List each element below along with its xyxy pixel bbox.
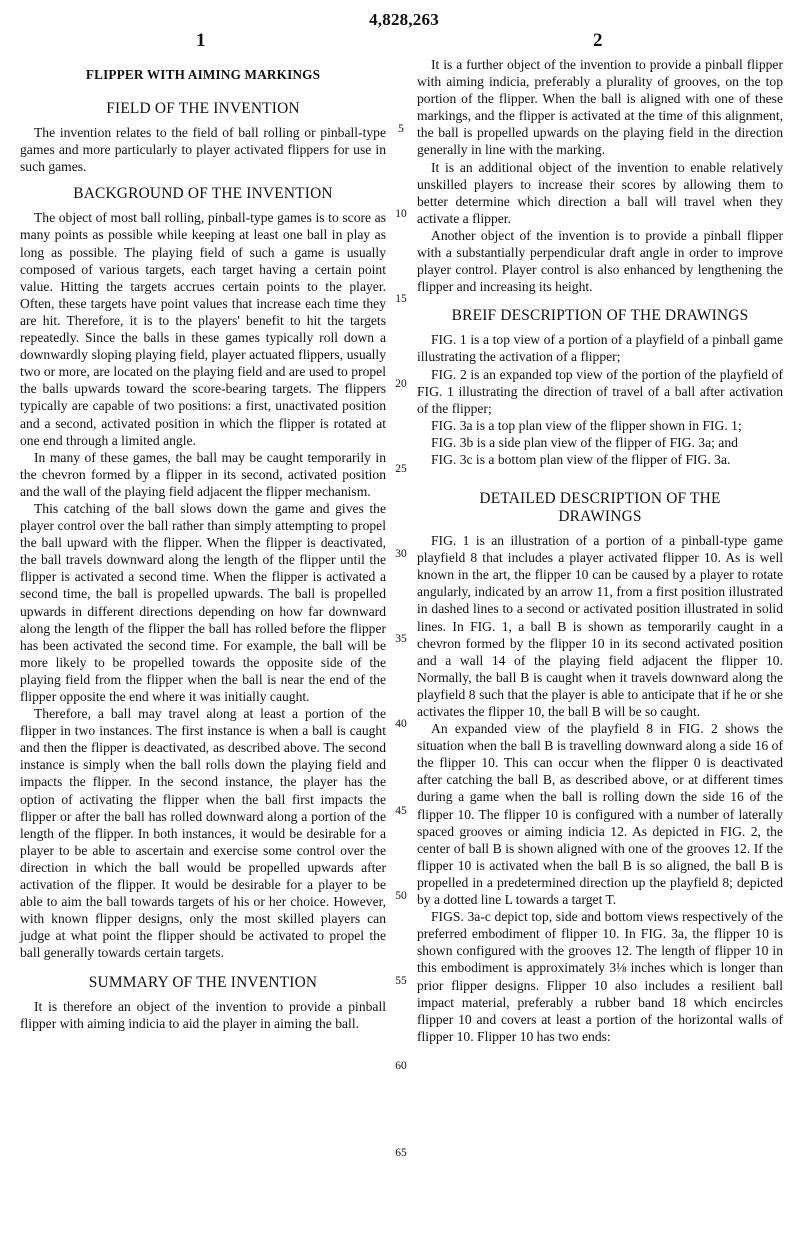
patent-number: 4,828,263 — [0, 10, 808, 30]
paragraph: FIGS. 3a-c depict top, side and bottom v… — [417, 908, 783, 1045]
paragraph: It is a further object of the invention … — [417, 56, 783, 159]
line-number: 55 — [386, 975, 416, 987]
paragraph: Therefore, a ball may travel along at le… — [20, 705, 386, 961]
line-number: 40 — [386, 718, 416, 730]
document-title: FLIPPER WITH AIMING MARKINGS — [20, 66, 386, 83]
line-number: 45 — [386, 805, 416, 817]
paragraph: It is therefore an object of the inventi… — [20, 998, 386, 1032]
paragraph: FIG. 1 is an illustration of a portion o… — [417, 532, 783, 720]
paragraph: Another object of the invention is to pr… — [417, 227, 783, 295]
column-number-right: 2 — [593, 30, 603, 52]
section-heading-summary: SUMMARY OF THE INVENTION — [20, 974, 386, 992]
line-number: 20 — [386, 378, 416, 390]
paragraph: FIG. 1 is a top view of a portion of a p… — [417, 331, 783, 365]
line-number: 30 — [386, 548, 416, 560]
paragraph: The object of most ball rolling, pinball… — [20, 209, 386, 448]
paragraph: FIG. 3c is a bottom plan view of the fli… — [417, 451, 783, 468]
section-heading-field: FIELD OF THE INVENTION — [20, 100, 386, 118]
section-heading-brief-description: BREIF DESCRIPTION OF THE DRAWINGS — [417, 307, 783, 325]
right-column: It is a further object of the invention … — [417, 56, 783, 1045]
line-number: 35 — [386, 633, 416, 645]
left-column: FLIPPER WITH AIMING MARKINGS FIELD OF TH… — [20, 58, 386, 1032]
line-number: 25 — [386, 463, 416, 475]
paragraph: This catching of the ball slows down the… — [20, 500, 386, 705]
paragraph: FIG. 3a is a top plan view of the flippe… — [417, 417, 783, 434]
line-number: 50 — [386, 890, 416, 902]
paragraph: FIG. 3b is a side plan view of the flipp… — [417, 434, 783, 451]
paragraph: In many of these games, the ball may be … — [20, 449, 386, 500]
line-number: 5 — [386, 123, 416, 135]
line-number: 15 — [386, 293, 416, 305]
line-number: 60 — [386, 1060, 416, 1072]
line-number: 10 — [386, 208, 416, 220]
paragraph: FIG. 2 is an expanded top view of the po… — [417, 366, 783, 417]
column-number-left: 1 — [196, 30, 206, 52]
line-number: 65 — [386, 1147, 416, 1159]
section-heading-background: BACKGROUND OF THE INVENTION — [20, 185, 386, 203]
paragraph: The invention relates to the field of ba… — [20, 124, 386, 175]
paragraph: An expanded view of the playfield 8 in F… — [417, 720, 783, 908]
section-heading-detailed-description: DETAILED DESCRIPTION OF THE DRAWINGS — [417, 490, 783, 526]
paragraph: It is an additional object of the invent… — [417, 159, 783, 227]
